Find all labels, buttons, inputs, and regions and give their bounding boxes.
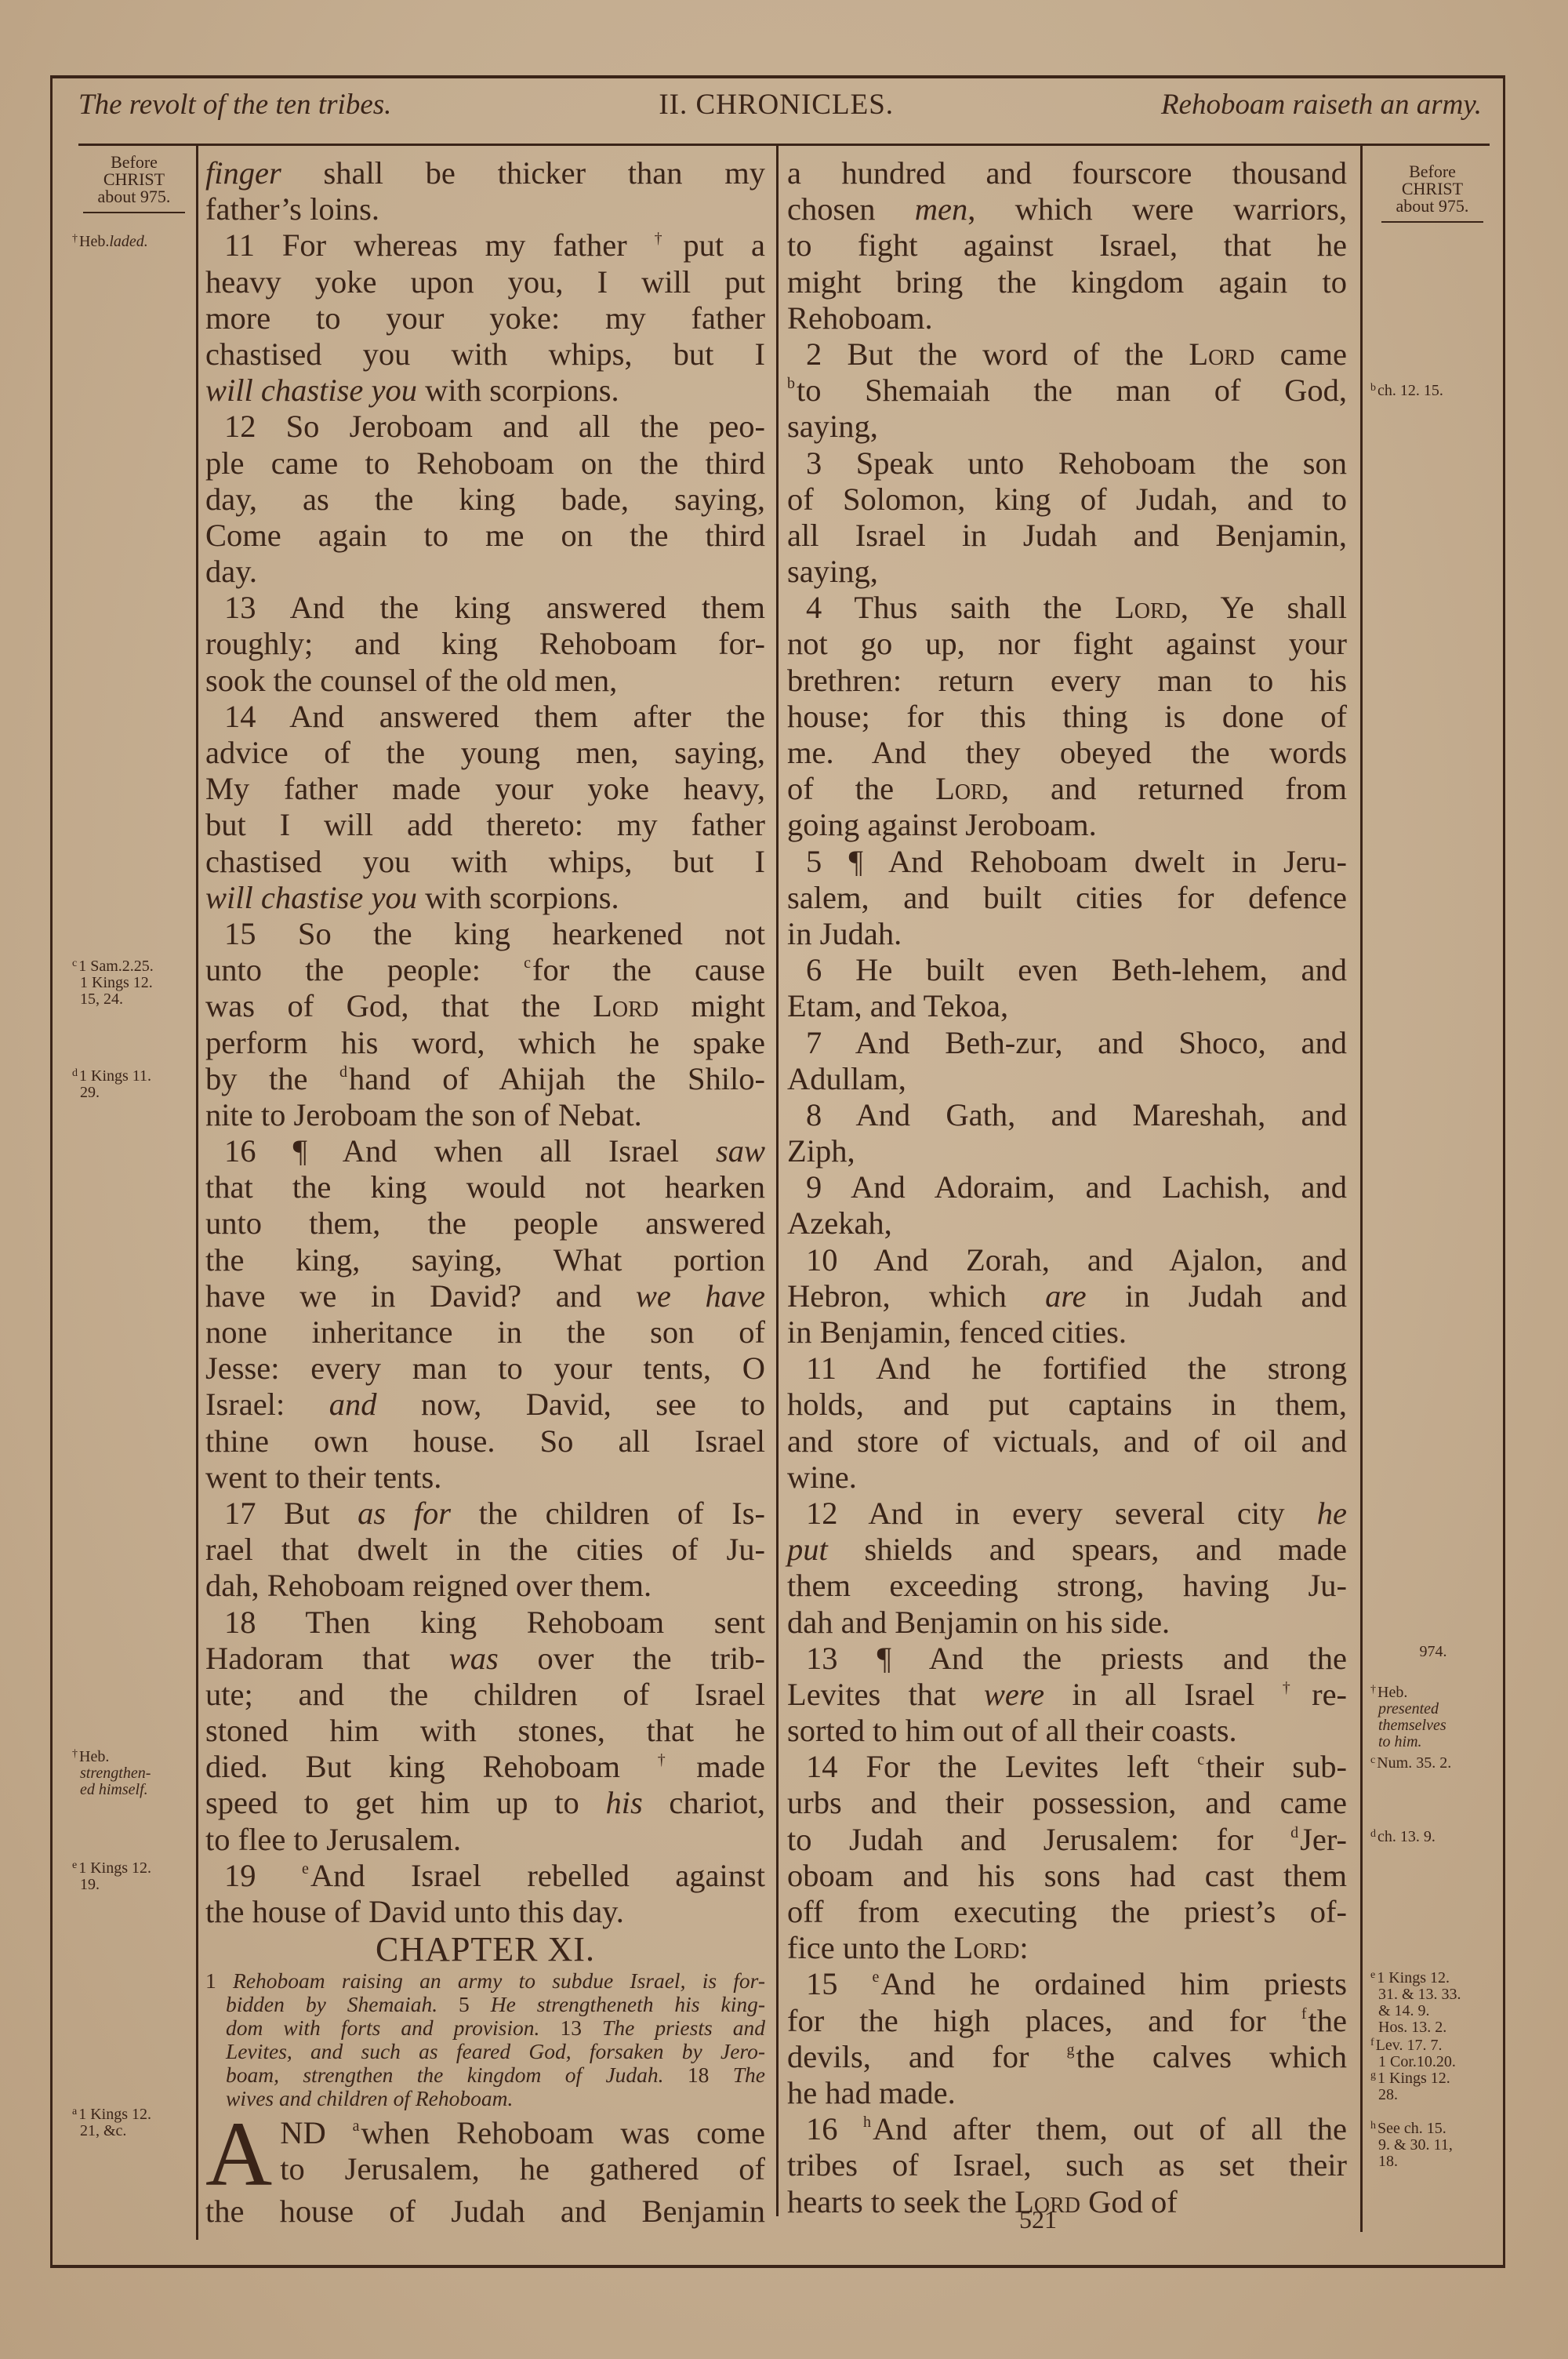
text-line: 15 So the king hearkened not	[205, 916, 765, 952]
text-line: 1 Rehoboam raising an army to subdue Isr…	[205, 1969, 765, 1993]
text-line: roughly; and king Rehoboam for-	[205, 626, 765, 662]
text-run: ND	[280, 2115, 352, 2150]
text-run: wives and children of Rehoboam.	[226, 2086, 513, 2110]
text-line: oboam and his sons had cast them	[787, 1858, 1347, 1894]
running-head-left: The revolt of the ten tribes.	[78, 88, 391, 122]
note-text: 19.	[80, 1876, 100, 1893]
margin-note: e1 Kings 12.19.	[72, 1860, 190, 1893]
chapter-summary: 1 Rehoboam raising an army to subdue Isr…	[205, 1969, 765, 2110]
date-before: Before	[75, 154, 193, 171]
text-line: 13 ¶ And the priests and the	[787, 1641, 1347, 1677]
text-run: in Benjamin, fenced cities.	[787, 1314, 1127, 1350]
text-run: Lord	[954, 1930, 1020, 1965]
text-run: brethren: return every man to his	[787, 663, 1347, 698]
note-marker: d	[1370, 1828, 1376, 1840]
text-run: Come again to me on the third	[205, 518, 765, 553]
text-line: 11 For whereas my father †put a	[205, 227, 765, 264]
text-run: 11 For whereas my father	[224, 227, 655, 263]
text-line: was of God, that the Lord might	[205, 988, 765, 1024]
text-run: urbs and their possession, and came	[787, 1785, 1347, 1820]
text-run: with scorpions.	[417, 373, 619, 408]
text-line: not go up, nor fight against your	[787, 626, 1347, 662]
text-run: :	[1019, 1930, 1028, 1965]
drop-cap: A	[205, 2118, 272, 2194]
text-run: in Judah.	[787, 916, 902, 951]
text-run: to Jerusalem, he gathered of	[280, 2151, 765, 2186]
text-run: rael that dwelt in the cities of Ju-	[205, 1532, 765, 1567]
margin-note: bch. 12. 15.	[1370, 383, 1496, 399]
text-run: Rehoboam raising an army to subdue Israe…	[233, 1968, 765, 1993]
text-run: unto them, the people answered	[205, 1205, 765, 1241]
text-line: dah and Benjamin on his side.	[787, 1605, 1347, 1641]
text-run: 3 Speak unto Rehoboam the son	[806, 445, 1347, 481]
text-run: to Shemaiah the man of God,	[797, 373, 1347, 408]
text-run: ple came to Rehoboam on the third	[205, 445, 765, 481]
text-run: Lord	[593, 988, 659, 1023]
margin-note: c1 Sam.2.25.1 Kings 12.15, 24.	[72, 958, 190, 1008]
text-run: came	[1254, 336, 1347, 372]
reference-marker: b	[787, 375, 795, 392]
text-run: bidden by Shemaiah.	[226, 1992, 459, 2016]
right-text-column: a hundred and fourscore thousandchosen m…	[787, 155, 1347, 2220]
text-run: for the cause	[532, 952, 765, 987]
note-text: 1 Sam.2.25.	[78, 958, 154, 975]
text-run: 10 And Zorah, and Ajalon, and	[806, 1242, 1347, 1278]
text-run: but I will add thereto: my father	[205, 807, 765, 842]
text-run: house; for this thing is done of	[787, 699, 1347, 734]
text-line: and store of victuals, and of oil and	[787, 1423, 1347, 1459]
text-line: unto them, the people answered	[205, 1205, 765, 1241]
text-line: perform his word, which he spake	[205, 1025, 765, 1061]
text-line: off from executing the priest’s of-	[787, 1894, 1347, 1930]
text-run: and store of victuals, and of oil and	[787, 1423, 1347, 1459]
text-line: to fight against Israel, that he	[787, 227, 1347, 264]
note-italic: themselves	[1378, 1717, 1446, 1734]
text-line: wives and children of Rehoboam.	[205, 2087, 765, 2110]
note-marker: e	[72, 1859, 77, 1871]
text-run: by the	[205, 1061, 339, 1096]
date-christ: CHRIST	[75, 171, 193, 188]
text-run: 13	[560, 2016, 602, 2040]
reference-marker: c	[1197, 1751, 1204, 1768]
text-run: their sub-	[1206, 1749, 1347, 1784]
text-run: tribes of Israel, such as set their	[787, 2147, 1347, 2183]
text-run: we have	[636, 1278, 765, 1314]
text-line: died. But king Rehoboam †made	[205, 1749, 765, 1785]
text-run: sook the counsel of the old men,	[205, 663, 617, 698]
text-run: the children of Is-	[451, 1496, 765, 1531]
text-line: dah, Rehoboam reigned over them.	[205, 1568, 765, 1604]
note-text: 29.	[80, 1084, 100, 1101]
text-line: sook the counsel of the old men,	[205, 663, 765, 699]
text-line: put shields and spears, and made	[787, 1532, 1347, 1568]
text-line: chosen men, which were warriors,	[787, 191, 1347, 227]
text-line: 10 And Zorah, and Ajalon, and	[787, 1242, 1347, 1278]
text-run: devils, and for	[787, 2039, 1066, 2074]
text-line: 2 But the word of the Lord came	[787, 336, 1347, 373]
text-line: stoned him with stones, that he	[205, 1713, 765, 1749]
text-line: nite to Jeroboam the son of Nebat.	[205, 1097, 765, 1133]
text-line: brethren: return every man to his	[787, 663, 1347, 699]
text-line: 19 eAnd Israel rebelled against	[205, 1858, 765, 1894]
text-line: the house of David unto this day.	[205, 1894, 765, 1930]
text-line: 3 Speak unto Rehoboam the son	[787, 445, 1347, 482]
text-run: saw	[716, 1133, 765, 1169]
text-run: 13 ¶ And the priests and the	[806, 1641, 1347, 1676]
text-line: chastised you with whips, but I	[205, 844, 765, 880]
text-line: boam, strengthen the kingdom of Judah. 1…	[205, 2063, 765, 2087]
text-run: finger	[205, 155, 281, 191]
text-run: Levites that	[787, 1677, 984, 1712]
text-line: Levites that were in all Israel †re-	[787, 1677, 1347, 1713]
text-run: Hebron, which	[787, 1278, 1045, 1314]
text-run: 5 ¶ And Rehoboam dwelt in Jeru-	[806, 844, 1347, 879]
text-line: that the king would not hearken	[205, 1169, 765, 1205]
text-line: saying,	[787, 409, 1347, 445]
text-line: salem, and built cities for defence	[787, 880, 1347, 916]
text-run: to Judah and Jerusalem: for	[787, 1822, 1290, 1857]
text-run: Adullam,	[787, 1061, 906, 1096]
text-line: the king, saying, What portion	[205, 1242, 765, 1278]
text-run: 17 But	[224, 1496, 358, 1531]
note-text: Num. 35. 2.	[1377, 1754, 1451, 1772]
text-line: me. And they obeyed the words	[787, 735, 1347, 771]
text-run: Rehoboam.	[787, 300, 933, 336]
left-text-column: finger shall be thicker than myfather’s …	[205, 155, 765, 2230]
text-run: his	[605, 1785, 642, 1820]
text-run: , which were warriors,	[967, 191, 1347, 227]
text-run: My father made your yoke heavy,	[205, 771, 765, 806]
header-rule	[78, 144, 1490, 146]
text-line: but I will add thereto: my father	[205, 807, 765, 843]
text-run: might	[659, 988, 765, 1023]
text-run: heavy yoke upon you, I will put	[205, 264, 765, 300]
chapter-title: CHAPTER XI.	[205, 1930, 765, 1969]
text-line: 15 eAnd he ordained him priests	[787, 1966, 1347, 2002]
text-run: shall be thicker than my	[281, 155, 765, 191]
text-line: ple came to Rehoboam on the third	[205, 445, 765, 482]
text-run: will chastise you	[205, 880, 417, 915]
text-run: perform his word, which he spake	[205, 1025, 765, 1060]
text-run: The	[733, 2063, 765, 2087]
text-line: went to their tents.	[205, 1459, 765, 1496]
text-run: , Ye shall	[1181, 590, 1347, 625]
text-line: Hebron, which are in Judah and	[787, 1278, 1347, 1314]
text-line: the house of Judah and Benjamin	[205, 2194, 765, 2230]
text-run: shields and spears, and made	[828, 1532, 1347, 1567]
text-run: Lord	[935, 771, 1001, 806]
text-line: for the high places, and for fthe	[787, 2003, 1347, 2039]
margin-note: d1 Kings 11.29.	[72, 1068, 190, 1101]
text-line: bidden by Shemaiah. 5 He strengtheneth h…	[205, 1993, 765, 2016]
note-text: & 14. 9.	[1378, 2002, 1430, 2019]
text-run: 8 And Gath, and Mareshah, and	[806, 1097, 1347, 1132]
left-margin-date: Before CHRIST about 975.	[75, 154, 193, 213]
text-line: 16 hAnd after them, out of all the	[787, 2111, 1347, 2147]
text-line: rael that dwelt in the cities of Ju-	[205, 1532, 765, 1568]
text-line: them exceeding strong, having Ju-	[787, 1568, 1347, 1604]
text-run: a hundred and fourscore thousand	[787, 155, 1347, 191]
text-run: might bring the kingdom again to	[787, 264, 1347, 300]
text-run: 12 And in every several city	[806, 1496, 1317, 1531]
text-run: to flee to Jerusalem.	[205, 1822, 461, 1857]
text-line: he had made.	[787, 2075, 1347, 2111]
text-run: chastised you with whips, but I	[205, 844, 765, 879]
reference-marker: e	[873, 1968, 880, 1986]
note-text: ch. 12. 15.	[1377, 382, 1443, 399]
text-run: in Judah and	[1087, 1278, 1347, 1314]
text-run: 16 ¶ And when all Israel	[224, 1133, 716, 1169]
reference-marker: †	[655, 230, 682, 247]
note-text: 1 Kings 12.	[80, 974, 153, 991]
text-line: urbs and their possession, and came	[787, 1785, 1347, 1821]
note-italic: presented	[1378, 1700, 1439, 1717]
note-italic: laded.	[109, 233, 147, 250]
text-run: going against Jeroboam.	[787, 807, 1097, 842]
text-run: Azekah,	[787, 1205, 892, 1241]
text-run: for the high places, and for	[787, 2003, 1301, 2038]
text-line: father’s loins.	[205, 191, 765, 227]
note-marker: c	[72, 958, 77, 969]
reference-marker: d	[1290, 1824, 1298, 1841]
center-column-rule	[776, 146, 779, 2216]
text-line: in Benjamin, fenced cities.	[787, 1314, 1347, 1350]
text-line: Rehoboam.	[787, 300, 1347, 336]
running-head-book-title: II. CHRONICLES.	[659, 88, 894, 122]
text-line: heavy yoke upon you, I will put	[205, 264, 765, 300]
note-marker: b	[1370, 382, 1376, 394]
text-run: dom with forts and provision.	[226, 2016, 560, 2040]
text-run: father’s loins.	[205, 191, 379, 227]
text-line: 6 He built even Beth-lehem, and	[787, 952, 1347, 988]
text-line: 14 And answered them after the	[205, 699, 765, 735]
text-run: was of God, that the	[205, 988, 593, 1023]
note-text: Heb.	[79, 233, 109, 250]
text-run: And he ordained him priests	[880, 1966, 1347, 2001]
text-run: 19	[224, 1858, 302, 1893]
text-run: 2 But the word of the	[806, 336, 1189, 372]
reference-marker: e	[302, 1860, 309, 1877]
text-line: Azekah,	[787, 1205, 1347, 1241]
margin-note: e1 Kings 12.31. & 13. 33.& 14. 9.Hos. 13…	[1370, 1970, 1496, 2036]
text-run: Etam, and Tekoa,	[787, 988, 1008, 1023]
text-run: Israel:	[205, 1387, 329, 1422]
text-run: Lord	[1189, 336, 1254, 372]
note-text: 28.	[1378, 2086, 1398, 2103]
margin-note: 974.	[1370, 1644, 1496, 1660]
text-run: advice of the young men, saying,	[205, 735, 765, 770]
text-run: the house of Judah and Benjamin	[205, 2194, 765, 2229]
text-run: off from executing the priest’s of-	[787, 1894, 1347, 1929]
note-italic: strengthen-	[80, 1765, 151, 1782]
text-run: 7 And Beth-zur, and Shoco, and	[806, 1025, 1347, 1060]
text-run: the house of David unto this day.	[205, 1894, 624, 1929]
text-line: 9 And Adoraim, and Lachish, and	[787, 1169, 1347, 1205]
margin-note: cNum. 35. 2.	[1370, 1755, 1496, 1772]
text-run: put	[787, 1532, 828, 1567]
note-text: 1 Cor.10.20.	[1378, 2053, 1456, 2070]
margin-note: †Heb.presentedthemselvesto him.	[1370, 1685, 1496, 1750]
text-line: 14 For the Levites left ctheir sub-	[787, 1749, 1347, 1785]
note-marker: d	[72, 1067, 78, 1079]
text-run: saying,	[787, 554, 878, 589]
running-head-right: Rehoboam raiseth an army.	[1161, 88, 1482, 122]
text-run: 14 And answered them after the	[224, 699, 765, 734]
text-line: a hundred and fourscore thousand	[787, 155, 1347, 191]
note-marker: f	[1370, 2037, 1374, 2048]
text-run: and	[329, 1387, 377, 1422]
text-run: 13 And the king answered them	[224, 590, 765, 625]
text-run: And Israel rebelled against	[310, 1858, 765, 1893]
reference-marker: †	[658, 1751, 695, 1768]
text-line: 13 And the king answered them	[205, 590, 765, 626]
text-line: house; for this thing is done of	[787, 699, 1347, 735]
text-line: tribes of Israel, such as set their	[787, 2147, 1347, 2183]
text-line: devils, and for gthe calves which	[787, 2039, 1347, 2075]
text-line: 7 And Beth-zur, and Shoco, and	[787, 1025, 1347, 1061]
reference-marker: f	[1301, 2005, 1307, 2023]
text-run: chariot,	[643, 1785, 765, 1820]
text-run: are	[1045, 1278, 1086, 1314]
text-run: 15 So the king hearkened not	[224, 916, 765, 951]
note-marker: a	[72, 2106, 77, 2117]
text-run: Ziph,	[787, 1133, 855, 1169]
note-marker: †	[1370, 1684, 1376, 1696]
text-run: re-	[1312, 1677, 1347, 1712]
text-line: Come again to me on the third	[205, 518, 765, 554]
text-run: the	[1308, 2003, 1347, 2038]
text-run: chastised you with whips, but I	[205, 336, 765, 372]
text-run: He strengtheneth his king-	[491, 1992, 765, 2016]
text-line: sorted to him out of all their coasts.	[787, 1713, 1347, 1749]
text-line: Adullam,	[787, 1061, 1347, 1097]
text-run: salem, and built cities for defence	[787, 880, 1347, 915]
text-run: holds, and put captains in them,	[787, 1387, 1347, 1422]
text-run: 15	[806, 1966, 873, 2001]
text-line: 17 But as for the children of Is-	[205, 1496, 765, 1532]
text-line: to Jerusalem, he gathered of	[205, 2151, 765, 2187]
text-run: 5	[459, 1992, 491, 2016]
text-line: will chastise you with scorpions.	[205, 880, 765, 916]
text-line: Hadoram that was over the trib-	[205, 1641, 765, 1677]
text-line: holds, and put captains in them,	[787, 1387, 1347, 1423]
text-run: as for	[358, 1496, 451, 1531]
text-run: over the trib-	[499, 1641, 765, 1676]
note-text: Lev. 17. 7.	[1376, 2037, 1443, 2054]
text-run: he	[1317, 1496, 1347, 1531]
text-line: ute; and the children of Israel	[205, 1677, 765, 1713]
text-line: advice of the young men, saying,	[205, 735, 765, 771]
date-rule	[1381, 221, 1483, 223]
note-text: 15, 24.	[80, 990, 123, 1008]
text-line: Levites, and such as feared God, forsake…	[205, 2040, 765, 2063]
text-run: dah and Benjamin on his side.	[787, 1605, 1170, 1640]
text-run: speed to get him up to	[205, 1785, 605, 1820]
text-line: hearts to seek the Lord God of	[787, 2184, 1347, 2220]
note-text: See ch. 15.	[1377, 2120, 1446, 2137]
text-run: Lord	[1115, 590, 1181, 625]
text-run: , and returned from	[1001, 771, 1347, 806]
text-run: them exceeding strong, having Ju-	[787, 1568, 1347, 1603]
note-text: 1 Kings 12.	[1377, 2070, 1450, 2087]
text-run: dah, Rehoboam reigned over them.	[205, 1568, 652, 1603]
text-run: Hadoram that	[205, 1641, 449, 1676]
note-text: 974.	[1420, 1643, 1447, 1660]
text-line: Israel: and now, David, see to	[205, 1387, 765, 1423]
text-line: of the Lord, and returned from	[787, 771, 1347, 807]
text-run: now, David, see to	[376, 1387, 765, 1422]
text-line: speed to get him up to his chariot,	[205, 1785, 765, 1821]
reference-marker: c	[524, 954, 531, 972]
text-run: ute; and the children of Israel	[205, 1677, 765, 1712]
text-run: died. But king Rehoboam	[205, 1749, 658, 1784]
text-run: put a	[683, 227, 765, 263]
text-run: all Israel in Judah and Benjamin,	[787, 518, 1347, 553]
text-line: Etam, and Tekoa,	[787, 988, 1347, 1024]
text-run: And after them, out of all the	[873, 2111, 1347, 2146]
text-run: he had made.	[787, 2075, 956, 2110]
margin-note: fLev. 17. 7.1 Cor.10.20.	[1370, 2037, 1496, 2070]
reference-marker: a	[353, 2117, 360, 2135]
right-margin-date: Before CHRIST about 975.	[1374, 163, 1491, 223]
text-line: will chastise you with scorpions.	[205, 373, 765, 409]
text-run: will chastise you	[205, 373, 417, 408]
text-run: the calves which	[1076, 2039, 1347, 2074]
note-text: 1 Kings 12.	[1377, 1969, 1450, 1986]
text-line: My father made your yoke heavy,	[205, 771, 765, 807]
text-line: might bring the kingdom again to	[787, 264, 1347, 300]
text-line: none inheritance in the son of	[205, 1314, 765, 1350]
text-run: day.	[205, 554, 257, 589]
text-run: 18 Then king Rehoboam sent	[224, 1605, 765, 1640]
left-margin-rule	[196, 146, 198, 2240]
text-line: ND awhen Rehoboam was come	[205, 2115, 765, 2151]
text-line: 12 So Jeroboam and all the peo-	[205, 409, 765, 445]
margin-note: g1 Kings 12.28.	[1370, 2070, 1496, 2103]
text-line: Ziph,	[787, 1133, 1347, 1169]
text-line: saying,	[787, 554, 1347, 590]
text-run: of Solomon, king of Judah, and to	[787, 482, 1347, 517]
note-italic: ed himself.	[80, 1781, 148, 1798]
note-marker: h	[1370, 2120, 1376, 2132]
margin-note: a1 Kings 12.21, &c.	[72, 2106, 190, 2139]
note-text: 31. & 13. 33.	[1378, 1986, 1461, 2003]
text-run: wine.	[787, 1459, 857, 1495]
text-line: 11 And he fortified the strong	[787, 1350, 1347, 1387]
text-run: thine own house. So all Israel	[205, 1423, 765, 1459]
text-line: bto Shemaiah the man of God,	[787, 373, 1347, 409]
text-run: not go up, nor fight against your	[787, 626, 1347, 661]
text-run: 9 And Adoraim, and Lachish, and	[806, 1169, 1347, 1205]
note-text: 18.	[1378, 2153, 1398, 2170]
text-run: sorted to him out of all their coasts.	[787, 1713, 1237, 1748]
text-line: wine.	[787, 1459, 1347, 1496]
chapter-opening: AND awhen Rehoboam was cometo Jerusalem,…	[205, 2115, 765, 2230]
note-marker: †	[72, 1748, 78, 1760]
note-text: Hos. 13. 2.	[1378, 2019, 1446, 2036]
page-number: 521	[1019, 2205, 1057, 2234]
text-run: 12 So Jeroboam and all the peo-	[224, 409, 765, 444]
text-run: Jer-	[1300, 1822, 1347, 1857]
text-line: in Judah.	[787, 916, 1347, 952]
note-marker: †	[72, 233, 78, 245]
text-run: unto the people:	[205, 952, 524, 987]
text-line: day.	[205, 554, 765, 590]
text-run: went to their tents.	[205, 1459, 441, 1495]
text-run: with scorpions.	[417, 880, 619, 915]
note-text: 21, &c.	[80, 2122, 126, 2139]
text-run: in all Israel	[1044, 1677, 1283, 1712]
